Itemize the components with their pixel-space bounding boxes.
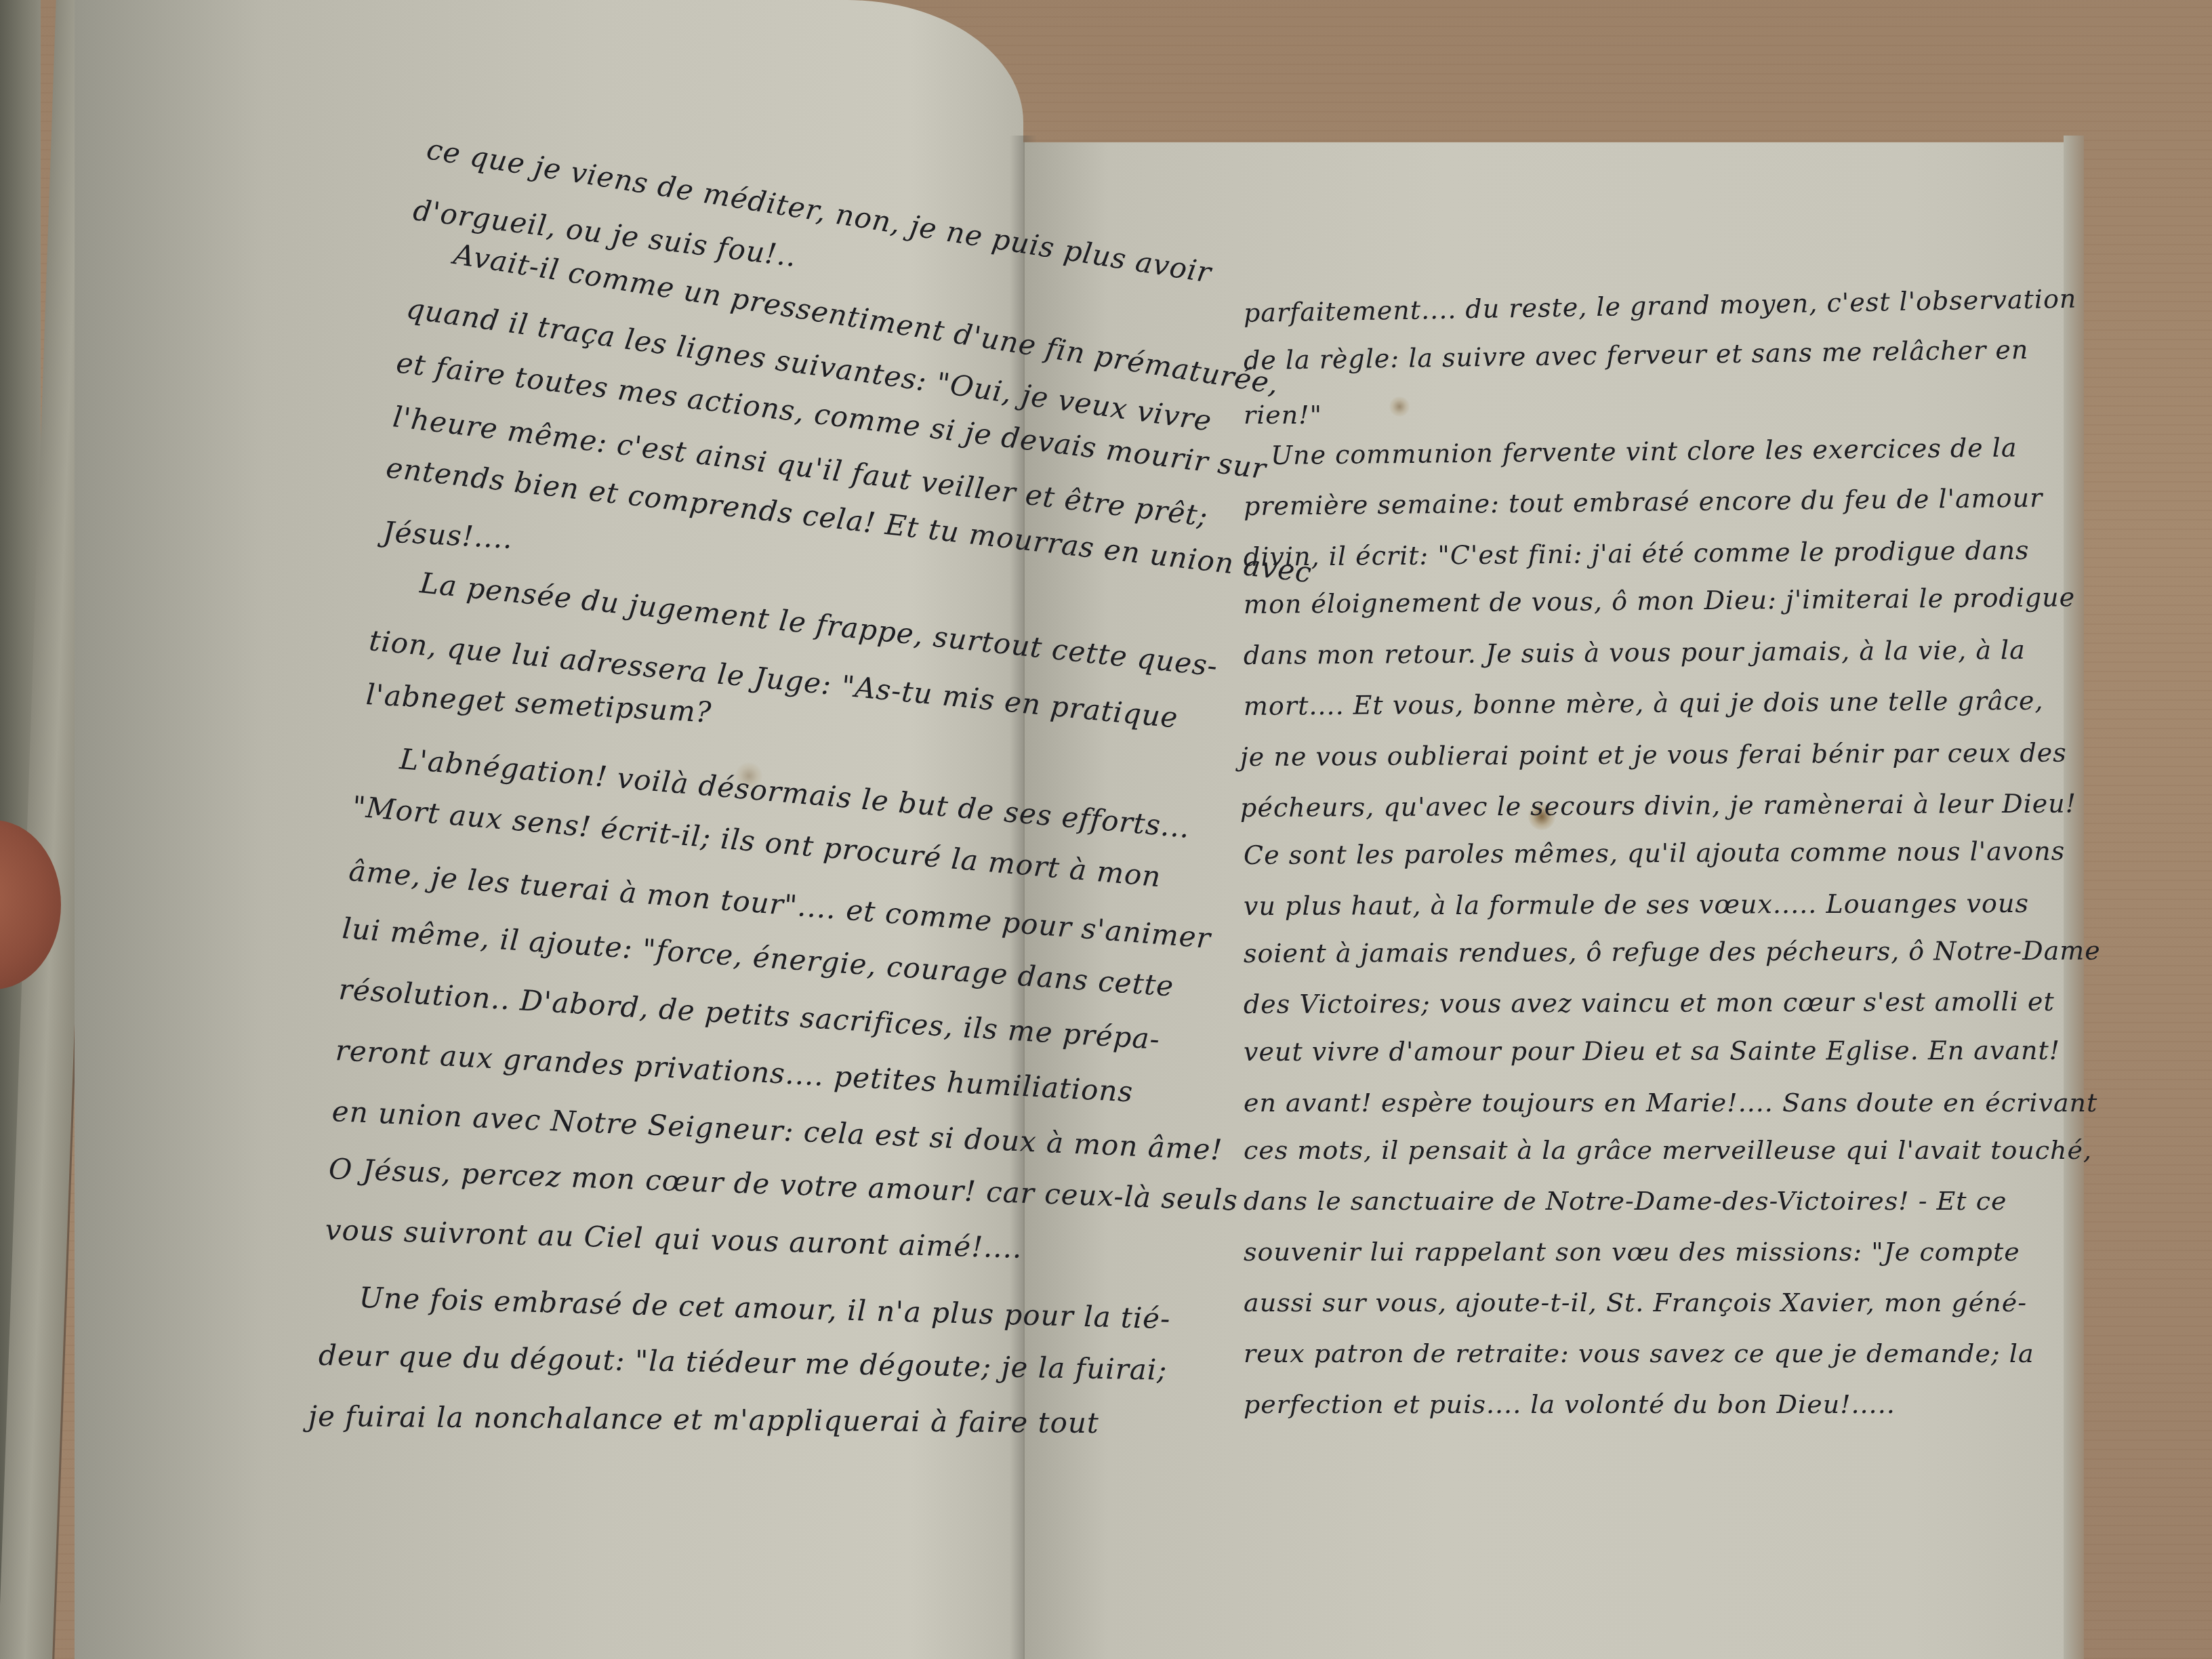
text-line: vu plus haut, à la formule de ses vœux..… [1244, 888, 2029, 921]
text-line: mort.... Et vous, bonne mère, à qui je d… [1244, 686, 2044, 721]
text-line: je ne vous oublierai point et je vous fe… [1240, 738, 2067, 772]
text-line: reux patron de retraite: vous savez ce q… [1244, 1338, 2034, 1368]
text-line: dans mon retour. Je suis à vous pour jam… [1244, 635, 2026, 670]
text-line: perfection et puis.... la volonté du bon… [1244, 1389, 1896, 1419]
foxing-spot [1389, 396, 1410, 417]
text-line: pécheurs, qu'avec le secours divin, je r… [1240, 789, 2076, 823]
text-line: je fuirai la nonchalance et m'appliquera… [308, 1399, 1099, 1439]
text-line: souvenir lui rappelant son vœu des missi… [1244, 1237, 2020, 1267]
text-line: aussi sur vous, ajoute-t-il, St. Françoi… [1244, 1288, 2027, 1317]
text-line: Ce sont les paroles mêmes, qu'il ajouta … [1244, 836, 2065, 870]
text-line: ces mots, il pensait à la grâce merveill… [1244, 1135, 2092, 1165]
text-line: dans le sanctuaire de Notre-Dame-des-Vic… [1244, 1186, 2007, 1216]
text-line: rien!" [1244, 400, 1322, 430]
text-line: des Victoires; vous avez vaincu et mon c… [1244, 987, 2055, 1019]
right-page-edge [2064, 136, 2084, 1659]
text-line: en avant! espère toujours en Marie!.... … [1244, 1088, 2097, 1118]
text-line: veut vivre d'amour pour Dieu et sa Saint… [1244, 1036, 2060, 1067]
text-line: soient à jamais rendues, ô refuge des pé… [1244, 936, 2101, 968]
text-line: Jésus!.... [382, 515, 514, 555]
